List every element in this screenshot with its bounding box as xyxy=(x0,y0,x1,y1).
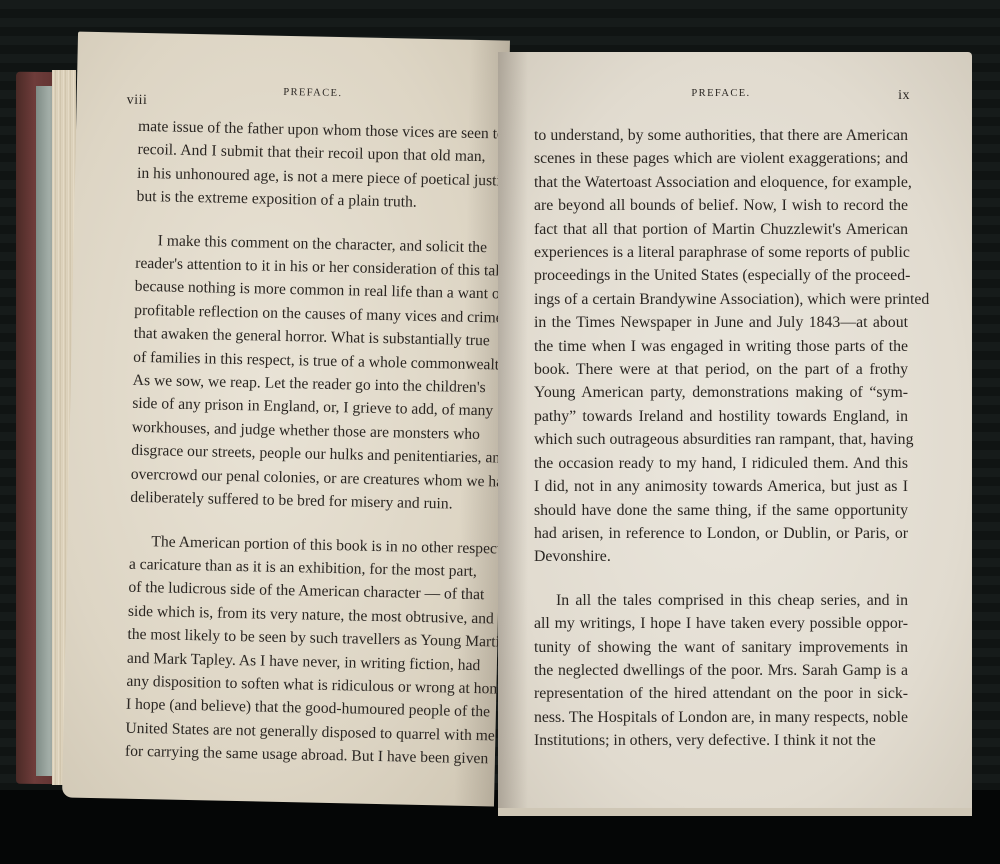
text-line: In all the tales comprised in this cheap… xyxy=(534,589,908,612)
right-page-edges xyxy=(498,808,972,816)
text-line: are beyond all bounds of belief. Now, I … xyxy=(534,194,908,217)
text-line: ings of a certain Brandywine Association… xyxy=(534,288,908,311)
text-line: ness. The Hospitals of London are, in ma… xyxy=(534,706,908,729)
running-head-title: PREFACE. xyxy=(139,84,487,102)
paragraph: In all the tales comprised in this cheap… xyxy=(534,589,908,753)
text-line: Young American party, demonstrations mak… xyxy=(534,381,908,404)
paragraph: mate issue of the father upon whom those… xyxy=(136,115,486,216)
page-number: viii xyxy=(126,93,147,109)
text-line: fact that all that portion of Martin Chu… xyxy=(534,218,908,241)
left-running-head: viii PREFACE. xyxy=(138,87,486,116)
text-line: pathy” towards Ireland and hostility tow… xyxy=(534,405,908,428)
text-line: which such outrageous absurdities ran ra… xyxy=(534,428,908,451)
text-line: I did, not in any animosity towards Amer… xyxy=(534,475,908,498)
paragraph: to understand, by some authorities, that… xyxy=(534,124,908,569)
paragraph: The American portion of this book is in … xyxy=(125,529,478,770)
running-head-title: PREFACE. xyxy=(534,88,908,99)
right-running-head: PREFACE. ix xyxy=(534,88,908,110)
text-line: experiences is a literal paraphrase of s… xyxy=(534,241,908,264)
text-line: should have done the same thing, if the … xyxy=(534,499,908,522)
text-line: to understand, by some authorities, that… xyxy=(534,124,908,147)
text-line: scenes in these pages which are violent … xyxy=(534,147,908,170)
left-page-text: mate issue of the father upon whom those… xyxy=(125,115,487,771)
right-page: PREFACE. ix to understand, by some autho… xyxy=(498,52,972,816)
left-page: viii PREFACE. mate issue of the father u… xyxy=(62,32,510,807)
text-line: that the Watertoast Association and eloq… xyxy=(534,171,908,194)
text-line: book. There were at that period, on the … xyxy=(534,358,908,381)
text-line: in the Times Newspaper in June and July … xyxy=(534,311,908,334)
right-page-text: to understand, by some authorities, that… xyxy=(534,124,908,753)
page-number: ix xyxy=(898,88,910,104)
text-line: the occasion ready to my hand, I ridicul… xyxy=(534,452,908,475)
text-line: representation of the hired attendant on… xyxy=(534,682,908,705)
text-line: Institutions; in others, very defective.… xyxy=(534,729,908,752)
text-line: proceedings in the United States (especi… xyxy=(534,264,908,287)
text-line: the time when I was engaged in writing t… xyxy=(534,335,908,358)
paragraph: I make this comment on the character, an… xyxy=(130,228,484,516)
text-line: all my writings, I hope I have taken eve… xyxy=(534,612,908,635)
paragraph-gap xyxy=(534,569,908,589)
text-line: the neglected dwellings of the poor. Mrs… xyxy=(534,659,908,682)
text-line: had arisen, in reference to London, or D… xyxy=(534,522,908,545)
text-line: tunity of showing the want of sanitary i… xyxy=(534,636,908,659)
text-line: Devonshire. xyxy=(534,545,908,568)
